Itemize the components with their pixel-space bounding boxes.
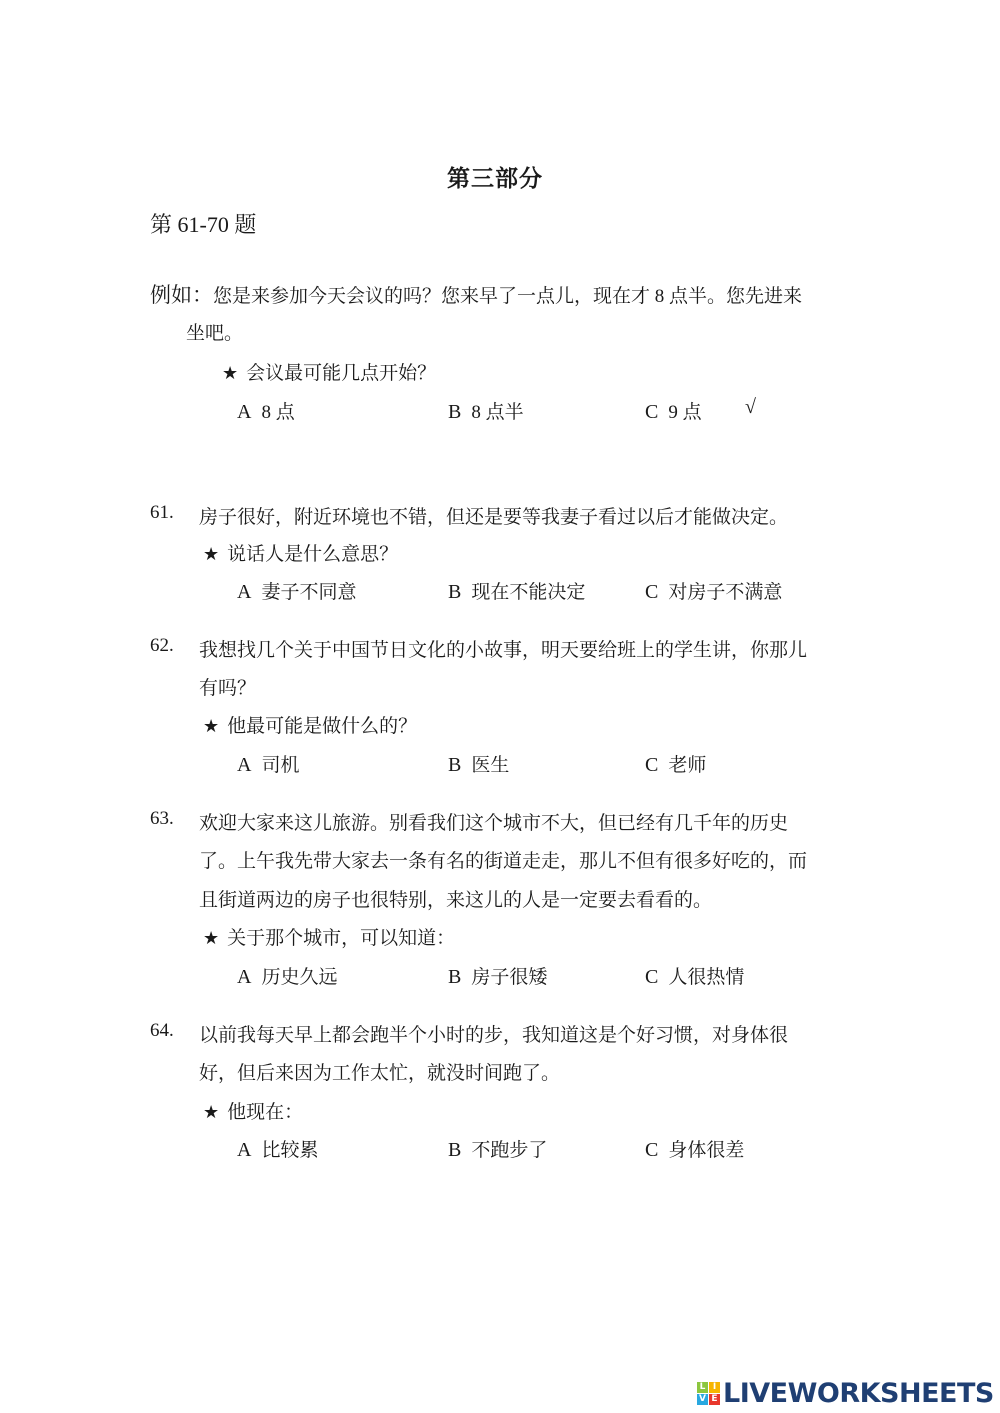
question-62-number: 62. — [150, 635, 174, 657]
question-64-option-c[interactable]: C身体很差 — [645, 1135, 744, 1162]
question-63-option-a[interactable]: A历史久远 — [237, 962, 337, 989]
star-icon: ★ — [203, 544, 219, 565]
liveworksheets-logo[interactable]: L I V E LIVEWORKSHEETS — [697, 1378, 994, 1409]
question-62-option-b[interactable]: B医生 — [448, 750, 509, 777]
example-option-a: A8 点 — [237, 397, 295, 424]
star-icon: ★ — [222, 363, 238, 384]
worksheet-page: 第三部分 第 61-70 题 例如：您是来参加今天会议的吗？您来早了一点儿，现在… — [0, 0, 1000, 1413]
question-64-text-line-2: 好，但后来因为工作太忙，就没时间跑了。 — [199, 1058, 560, 1085]
example-text-line-2: 坐吧。 — [186, 318, 243, 345]
question-62-option-c[interactable]: C老师 — [645, 750, 706, 777]
example-option-b: B8 点半 — [448, 397, 524, 424]
question-64-text-line-1: 以前我每天早上都会跑半个小时的步，我知道这是个好习惯，对身体很 — [199, 1020, 788, 1047]
question-64-option-b[interactable]: B不跑步了 — [448, 1135, 547, 1162]
question-62-option-a[interactable]: A司机 — [237, 750, 299, 777]
question-63-prompt: ★关于那个城市，可以知道： — [203, 923, 455, 950]
question-63-number: 63. — [150, 808, 174, 830]
question-62-text-line-2: 有吗？ — [199, 673, 256, 700]
question-64-number: 64. — [150, 1020, 174, 1042]
example-question: ★会议最可能几点开始？ — [222, 358, 436, 385]
question-61-option-a[interactable]: A妻子不同意 — [237, 577, 356, 604]
example-label: 例如： — [150, 283, 213, 307]
question-62-prompt: ★他最可能是做什么的？ — [203, 711, 417, 738]
question-64-option-a[interactable]: A比较累 — [237, 1135, 318, 1162]
example-option-c: C9 点 — [645, 397, 702, 424]
question-64-prompt: ★他现在： — [203, 1097, 303, 1124]
question-63-text-line-3: 且街道两边的房子也很特别，来这儿的人是一定要去看看的。 — [199, 885, 712, 912]
question-61-option-c[interactable]: C对房子不满意 — [645, 577, 782, 604]
question-63-text-line-2: 了。上午我先带大家去一条有名的街道走走，那儿不但有很多好吃的，而 — [199, 846, 807, 873]
check-mark-icon: √ — [745, 396, 756, 419]
logo-tiles-icon: L I V E — [697, 1382, 720, 1405]
example-text-line-1: 例如：您是来参加今天会议的吗？您来早了一点儿，现在才 8 点半。您先进来 — [150, 279, 802, 309]
logo-text: LIVEWORKSHEETS — [723, 1378, 994, 1409]
question-61-text-line-1: 房子很好，附近环境也不错，但还是要等我妻子看过以后才能做决定。 — [199, 502, 788, 529]
question-61-option-b[interactable]: B现在不能决定 — [448, 577, 585, 604]
question-63-option-b[interactable]: B房子很矮 — [448, 962, 547, 989]
star-icon: ★ — [203, 1102, 219, 1123]
section-title: 第三部分 — [0, 160, 990, 193]
question-61-number: 61. — [150, 502, 174, 524]
question-62-text-line-1: 我想找几个关于中国节日文化的小故事，明天要给班上的学生讲，你那儿 — [199, 635, 807, 662]
star-icon: ★ — [203, 928, 219, 949]
question-range-label: 第 61-70 题 — [150, 208, 256, 239]
question-63-option-c[interactable]: C人很热情 — [645, 962, 744, 989]
star-icon: ★ — [203, 716, 219, 737]
question-61-prompt: ★说话人是什么意思？ — [203, 539, 398, 566]
question-63-text-line-1: 欢迎大家来这儿旅游。别看我们这个城市不大，但已经有几千年的历史 — [199, 808, 788, 835]
